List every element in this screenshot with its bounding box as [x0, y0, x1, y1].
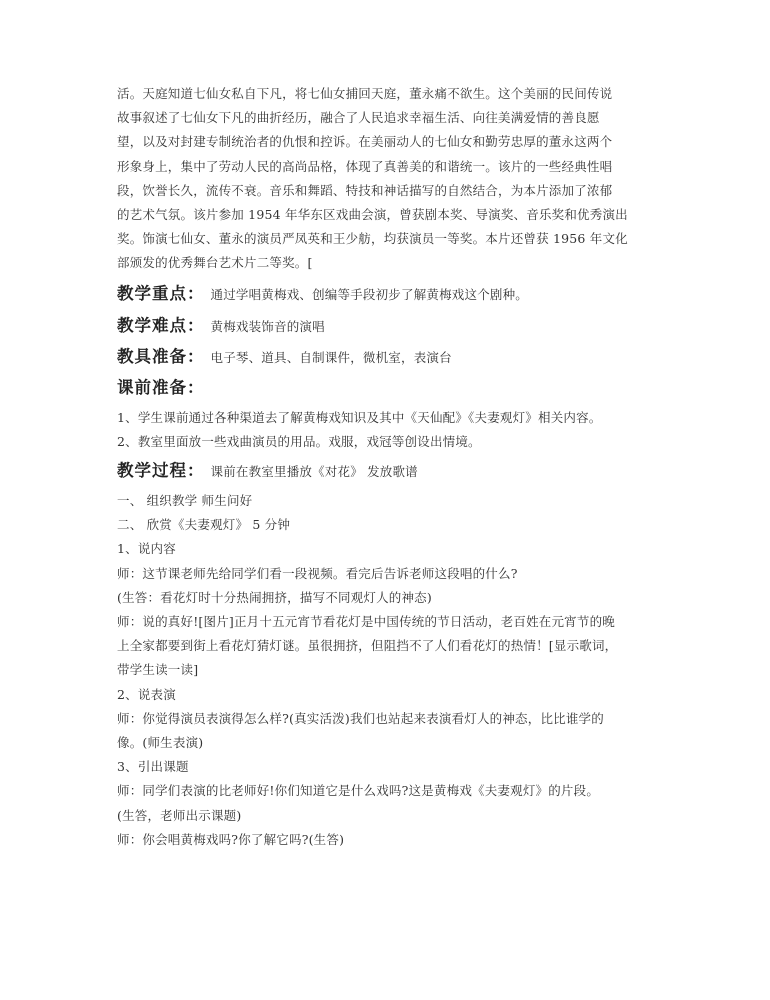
difficulty-heading: 教学难点：	[117, 309, 205, 343]
intro-line: 部颁发的优秀舞台艺术片二等奖。[	[117, 251, 662, 275]
process-line: 1、说内容	[117, 537, 662, 561]
preparation-heading: 课前准备：	[117, 371, 205, 405]
intro-line: 形象身上，集中了劳动人民的高尚品格，体现了真善美的和谐统一。该片的一些经典性唱	[117, 155, 662, 179]
difficulty-row: 教学难点： 黄梅戏装饰音的演唱	[117, 309, 662, 340]
materials-text: 电子琴、道具、自制课件，微机室，表演台	[211, 346, 452, 370]
preparation-item: 2、教室里面放一些戏曲演员的用品。戏服，戏冠等创设出情境。	[117, 430, 662, 454]
intro-paragraph: 活。天庭知道七仙女私自下凡，将七仙女捕回天庭，董永痛不欲生。这个美丽的民间传说 …	[117, 82, 662, 276]
process-line: 上全家都要到街上看花灯猜灯谜。虽很拥挤，但阻挡不了人们看花灯的热情！[显示歌词，	[117, 634, 662, 658]
process-line: 带学生读一读]	[117, 658, 662, 682]
materials-row: 教具准备： 电子琴、道具、自制课件，微机室，表演台	[117, 340, 662, 371]
preparation-list: 1、学生课前通过各种渠道去了解黄梅戏知识及其中《天仙配》《夫妻观灯》相关内容。 …	[117, 406, 662, 454]
preparation-item: 1、学生课前通过各种渠道去了解黄梅戏知识及其中《天仙配》《夫妻观灯》相关内容。	[117, 406, 662, 430]
process-line: 师：你觉得演员表演得怎么样?(真实活泼)我们也站起来表演看灯人的神态，比比谁学的	[117, 707, 662, 731]
process-line: 像。(师生表演)	[117, 731, 662, 755]
process-line: (生答，老师出示课题)	[117, 804, 662, 828]
preparation-row: 课前准备：	[117, 371, 662, 402]
intro-line: 活。天庭知道七仙女私自下凡，将七仙女捕回天庭，董永痛不欲生。这个美丽的民间传说	[117, 82, 662, 106]
process-line: 2、说表演	[117, 683, 662, 707]
key-points-heading: 教学重点：	[117, 276, 205, 312]
intro-line: 故事叙述了七仙女下凡的曲折经历，融合了人民追求幸福生活、向往美满爱情的善良愿	[117, 106, 662, 130]
intro-line: 奖。饰演七仙女、董永的演员严凤英和王少舫，均获演员一等奖。本片还曾获 1956 …	[117, 227, 662, 251]
process-line: 3、引出课题	[117, 755, 662, 779]
process-line: 师：这节课老师先给同学们看一段视频。看完后告诉老师这段唱的什么?	[117, 562, 662, 586]
process-line: 师：同学们表演的比老师好!你们知道它是什么戏吗?这是黄梅戏《夫妻观灯》的片段。	[117, 779, 662, 803]
process-line: (生答：看花灯时十分热闹拥挤，描写不同观灯人的神态)	[117, 586, 662, 610]
intro-line: 段，饮誉长久，流传不衰。音乐和舞蹈、特技和神话描写的自然结合，为本片添加了浓郁	[117, 179, 662, 203]
document-page: 活。天庭知道七仙女私自下凡，将七仙女捕回天庭，董永痛不欲生。这个美丽的民间传说 …	[117, 82, 662, 852]
intro-line: 的艺术气氛。该片参加 1954 年华东区戏曲会演，曾获剧本奖、导演奖、音乐奖和优…	[117, 203, 662, 227]
process-line: 二、 欣赏《夫妻观灯》 5 分钟	[117, 513, 662, 537]
process-line: 一、 组织教学 师生问好	[117, 489, 662, 513]
process-line: 师：说的真好![图片]正月十五元宵节看花灯是中国传统的节日活动，老百姓在元宵节的…	[117, 610, 662, 634]
process-body: 一、 组织教学 师生问好 二、 欣赏《夫妻观灯》 5 分钟 1、说内容 师：这节…	[117, 489, 662, 852]
intro-line: 望，以及对封建专制统治者的仇恨和控诉。在美丽动人的七仙女和勤劳忠厚的董永这两个	[117, 130, 662, 154]
difficulty-text: 黄梅戏装饰音的演唱	[211, 315, 325, 339]
process-text: 课前在教室里播放《对花》 发放歌谱	[211, 460, 418, 484]
process-row: 教学过程： 课前在教室里播放《对花》 发放歌谱	[117, 454, 662, 485]
process-heading: 教学过程：	[117, 454, 205, 488]
materials-heading: 教具准备：	[117, 340, 205, 374]
key-points-text: 通过学唱黄梅戏、创编等手段初步了解黄梅戏这个剧种。	[211, 283, 529, 307]
process-line: 师：你会唱黄梅戏吗?你了解它吗?(生答)	[117, 828, 662, 852]
key-points-row: 教学重点： 通过学唱黄梅戏、创编等手段初步了解黄梅戏这个剧种。	[117, 276, 662, 309]
